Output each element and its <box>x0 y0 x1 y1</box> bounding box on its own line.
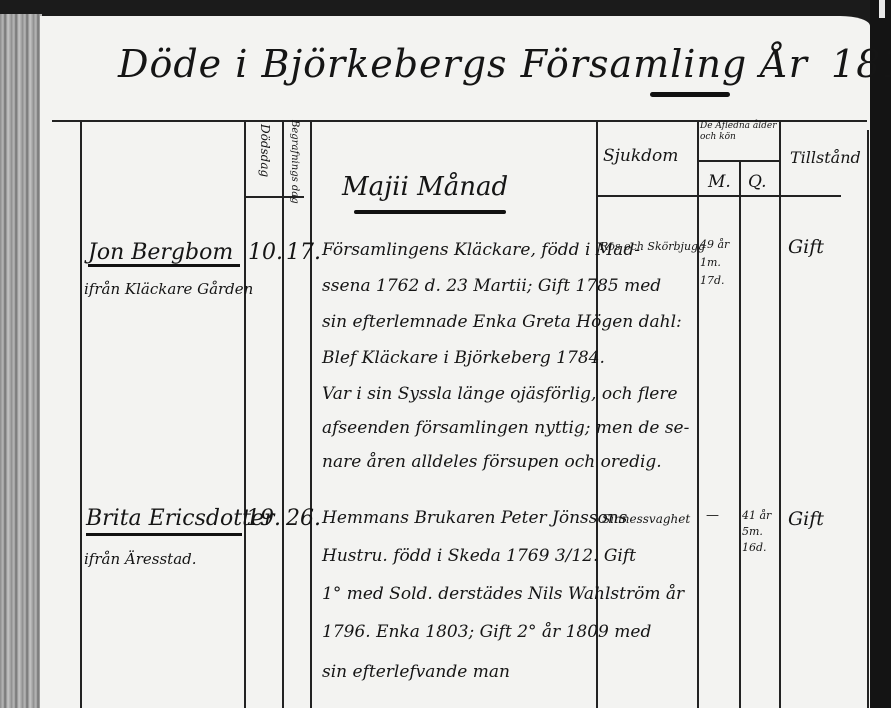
entry-text-line: afseenden församlingen nyttig; men de se… <box>322 418 689 438</box>
entry-disease: Sinnessvaghet <box>602 512 690 526</box>
col-rule-deathday <box>282 120 284 708</box>
col-rule-disease <box>697 120 699 708</box>
entry-status: Gift <box>788 236 824 258</box>
header-female: Q. <box>748 172 767 192</box>
page-edge-shadow <box>870 0 891 708</box>
entry-text-line: Församlingens Kläckare, född i Mad- <box>322 240 640 260</box>
entry-text-line: Blef Kläckare i Björkeberg 1784. <box>322 348 605 368</box>
entry-origin: ifrån Kläckare Gården <box>84 280 253 298</box>
title-year: 1811 <box>831 42 891 86</box>
header-male: M. <box>708 172 731 192</box>
name-underline <box>88 264 240 267</box>
entry-text-line: Var i sin Syssla länge ojäsförlig, och f… <box>322 384 678 404</box>
entry-death-day: 10. <box>248 240 283 265</box>
entry-text-line: nare åren alldeles försupen och oredig. <box>322 452 662 472</box>
page-edge-strip <box>879 0 885 18</box>
entry-text-line: sin efterlemnade Enka Greta Högen dahl: <box>322 312 682 332</box>
month-underline <box>354 210 506 214</box>
entry-burial-day: 17. <box>286 240 321 265</box>
col-rule-description <box>596 120 598 708</box>
entry-origin: ifrån Äresstad. <box>84 550 197 568</box>
entry-status: Gift <box>788 508 824 530</box>
col-rule-female <box>779 120 781 708</box>
title-text: Döde i Björkebergs Församling År <box>118 42 808 86</box>
month-heading: Majii Månad <box>342 172 508 202</box>
entry-burial-day: 26. <box>286 506 321 531</box>
col-rule-burialday <box>310 120 312 708</box>
page-title: Döde i Björkebergs Församling År 1811 <box>118 42 891 86</box>
entry-male-age: — <box>706 508 719 523</box>
col-rule-male <box>739 162 741 708</box>
left-margin-rule <box>80 122 82 708</box>
header-disease: Sjukdom <box>603 146 678 166</box>
entry-text-line: Hustru. född i Skeda 1769 3/12. Gift <box>322 546 636 566</box>
entry-name: Jon Bergbom <box>88 240 233 265</box>
name-underline <box>86 533 242 536</box>
col-rule-status <box>867 130 869 708</box>
entry-death-day: 19. <box>246 506 281 531</box>
entry-female-age: 41 år 5m. 16d. <box>742 508 780 556</box>
entry-disease: Ros och Skörbjugg <box>600 240 705 253</box>
entry-text-line: ssena 1762 d. 23 Martii; Gift 1785 med <box>322 276 661 296</box>
entry-male-age: 49 år 1m. 17d. <box>700 236 738 290</box>
age-subheader-rule <box>697 160 779 162</box>
header-bottom-rule <box>596 195 841 197</box>
entry-text-line: 1796. Enka 1803; Gift 2° år 1809 med <box>322 622 651 642</box>
entry-text-line: 1° med Sold. derstädes Nils Wahlström år <box>322 584 684 604</box>
entry-text-line: sin efterlefvande man <box>322 662 510 682</box>
header-death-day: Dödsdag <box>258 124 272 177</box>
header-status: Tillstånd <box>790 148 861 167</box>
book-spine <box>0 14 42 708</box>
header-age-sex: De Afledna ålder och kön <box>700 121 778 143</box>
year-underline <box>650 92 730 97</box>
col-rule-name <box>244 120 246 708</box>
entry-text-line: Hemmans Brukaren Peter Jönssons <box>322 508 627 528</box>
header-burial-day: Begrafnings dag <box>289 120 300 204</box>
